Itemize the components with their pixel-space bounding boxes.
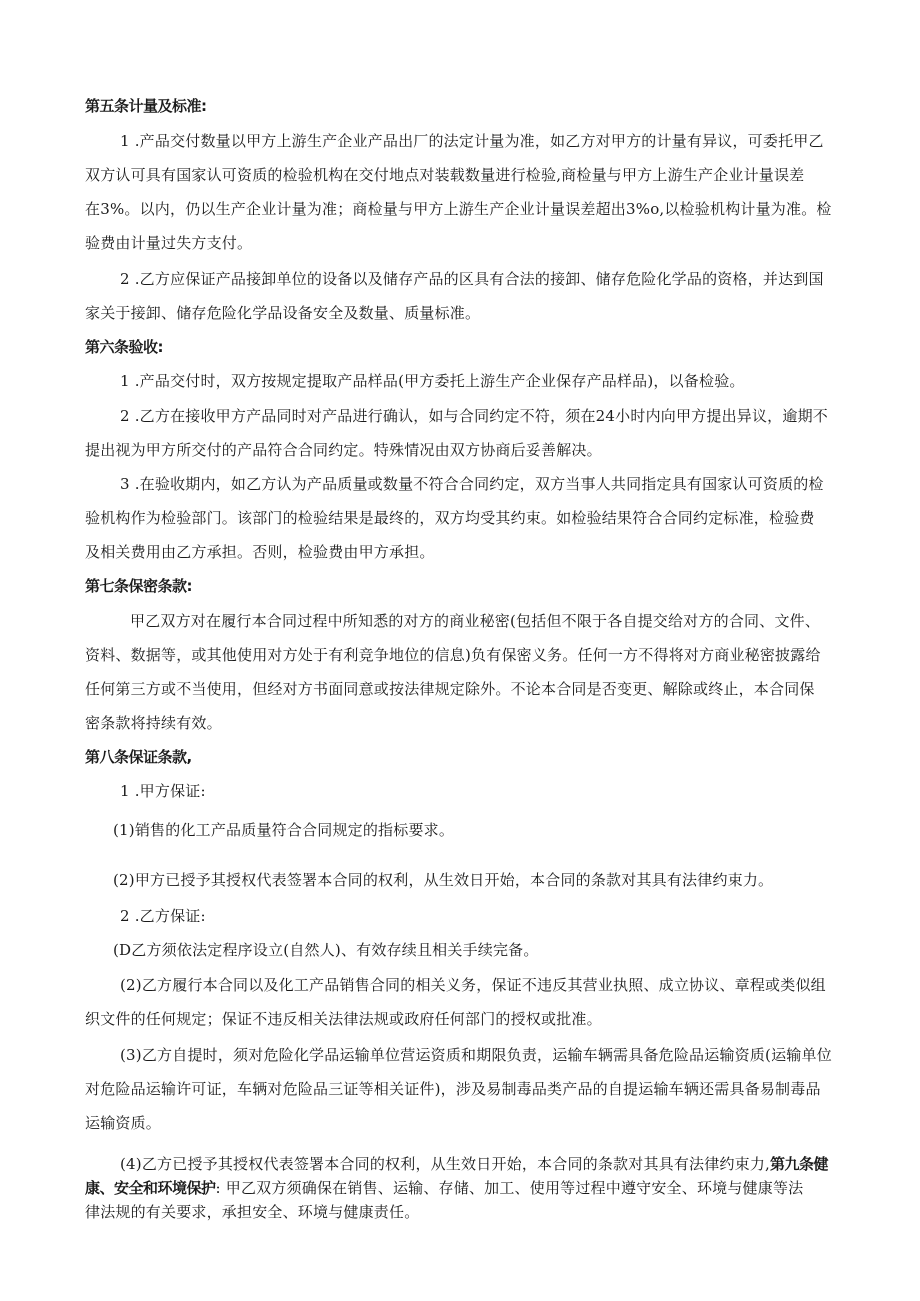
article-7-body-line-3: 任何第三方或不当使用，但经对方书面同意或按法律规定除外。不论本合同是否变更、解除… [85,679,815,699]
article-6-item-3-line-2: 验机构作为检验部门。该部门的检验结果是最终的，双方均受其约束。如检验结果符合合同… [85,508,815,528]
article-9-line-1: 康、安全和环境保护: 甲乙双方须确保在销售、运输、存储、加工、使用等过程中遵守安… [85,1178,803,1198]
article-7-body-line-2: 资料、数据等，或其他使用对方处于有利竞争地位的信息)负有保密义务。任何一方不得将… [85,645,821,665]
article-6-item-1-line-1: 1 .产品交付时，双方按规定提取产品样品(甲方委托上游生产企业保存产品样品)，以… [120,371,745,391]
party-a-guarantee-label: 1 .甲方保证: [120,781,206,801]
article-8-heading: 第八条保证条款, [85,747,192,767]
article-6-item-2-line-1: 2 .乙方在接收甲方产品同时对产品进行确认，如与合同约定不符，须在24小时内向甲… [120,406,828,426]
party-b-guarantee-2-line-1: (2)乙方履行本合同以及化工产品销售合同的相关义务，保证不违反其营业执照、成立协… [120,975,826,995]
article-9-heading-part-2: 康、安全和环境保护 [85,1179,216,1197]
article-5-item-1-line-3: 在3%。以内，仍以生产企业计量为准；商检量与甲方上游生产企业计量误差超出3%o,… [85,199,832,219]
article-9-body-line-2: 律法规的有关要求，承担安全、环境与健康责任。 [85,1202,419,1222]
party-b-guarantee-2-line-2: 织文件的任何规定；保证不违反相关法律法规或政府任何部门的授权或批准。 [85,1009,602,1029]
party-b-guarantee-4-text: (4)乙方已授予其授权代表签署本合同的权利，从生效日开始，本合同的条款对其具有法… [120,1155,770,1173]
party-b-guarantee-1: (D乙方须依法定程序设立(自然人)、有效存续且相关手续完备。 [113,940,539,960]
article-5-heading: 第五条计量及标准: [85,96,207,116]
article-5-item-2-line-1: 2 .乙方应保证产品接卸单位的设备以及储存产品的区具有合法的接卸、储存危险化学品… [120,269,824,289]
article-6-heading: 第六条验收: [85,337,163,357]
party-b-guarantee-4-line-1: (4)乙方已授予其授权代表签署本合同的权利，从生效日开始，本合同的条款对其具有法… [120,1154,828,1174]
article-5-item-1-line-4: 验费由计量过失方支付。 [85,233,252,253]
party-b-guarantee-label: 2 .乙方保证: [120,906,206,926]
party-b-guarantee-3-line-2: 对危险品运输许可证，车辆对危险品三证等相关证件)，涉及易制毒品类产品的自提运输车… [85,1079,821,1099]
article-6-item-3-line-1: 3 .在验收期内，如乙方认为产品质量或数量不符合合同约定，双方当事人共同指定具有… [120,474,824,494]
article-5-item-1-line-1: 1 .产品交付数量以甲方上游生产企业产品出厂的法定计量为准，如乙方对甲方的计量有… [120,131,824,151]
party-a-guarantee-2: (2)甲方已授予其授权代表签署本合同的权利，从生效日开始，本合同的条款对其具有法… [113,870,773,890]
article-7-body-line-4: 密条款将持续有效。 [85,713,222,733]
article-9-heading-part-1: 第九条健 [770,1155,828,1173]
article-7-body-line-1: 甲乙双方对在履行本合同过程中所知悉的对方的商业秘密(包括但不限于各自提交给对方的… [130,611,820,631]
article-5-item-1-line-2: 双方认可具有国家认可资质的检验机构在交付地点对装载数量进行检验,商检量与甲方上游… [85,165,804,185]
article-6-item-3-line-3: 及相关费用由乙方承担。否则，检验费由甲方承担。 [85,542,435,562]
article-5-item-2-line-2: 家关于接卸、储存危险化学品设备安全及数量、质量标准。 [85,303,480,323]
article-9-body-line-1: : 甲乙双方须确保在销售、运输、存储、加工、使用等过程中遵守安全、环境与健康等法 [216,1179,804,1197]
party-a-guarantee-1: (1)销售的化工产品质量符合合同规定的指标要求。 [113,820,454,840]
article-7-heading: 第七条保密条款: [85,576,192,596]
party-b-guarantee-3-line-1: (3)乙方自提时，须对危险化学品运输单位营运资质和期限负责，运输车辆需具备危险品… [120,1045,832,1065]
article-6-item-2-line-2: 提出视为甲方所交付的产品符合合同约定。特殊情况由双方协商后妥善解决。 [85,440,602,460]
party-b-guarantee-3-line-3: 运输资质。 [85,1113,161,1133]
